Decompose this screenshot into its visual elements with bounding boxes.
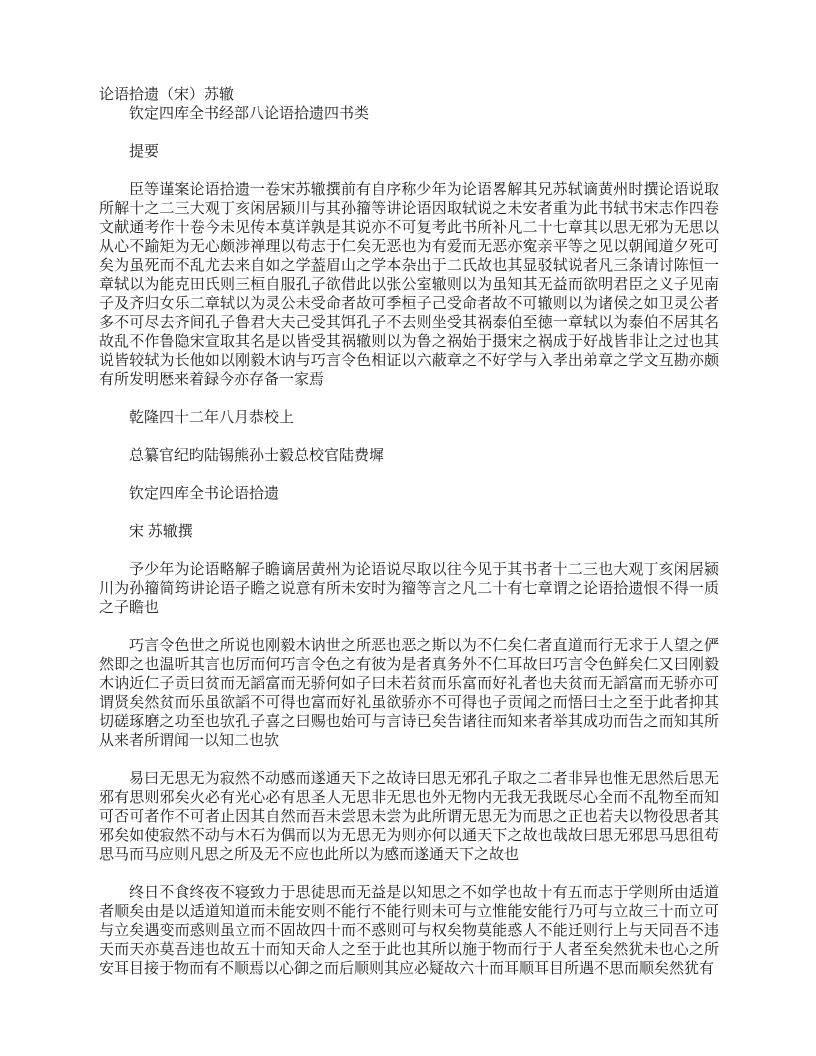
title-block: 论语拾遗（宋）苏辙 钦定四库全书经部八论语拾遗四书类 [99,86,719,124]
abstract-paragraph: 臣等谨案论语拾遗一卷宋苏辙撰前有自序称少年为论语畧解其兄苏轼谪黄州时撰论语说取所… [99,181,719,390]
editors-line: 总纂官纪昀陆锡熊孙士毅总校官陆费墀 [99,447,719,466]
document-title: 论语拾遗（宋）苏辙 [99,86,719,105]
document-page: 论语拾遗（宋）苏辙 钦定四库全书经部八论语拾遗四书类 提要 臣等谨案论语拾遗一卷… [0,0,816,1056]
author-line: 宋 苏辙撰 [99,523,719,542]
body-paragraph-yiyue: 易曰无思无为寂然不动感而遂通天下之故诗曰思无邪孔子取之二者非异也惟无思然后思无邪… [99,770,719,865]
body-paragraph-preface: 予少年为论语略解子瞻谪居黄州为论语说尽取以往今见于其书者十二三也大观丁亥闲居颍川… [99,561,719,618]
series-line: 钦定四库全书经部八论语拾遗四书类 [99,105,719,124]
colophon-date-line: 乾隆四十二年八月恭校上 [99,409,719,428]
book-heading: 钦定四库全书论语拾遗 [99,485,719,504]
body-paragraph-qiaoyan: 巧言令色世之所说也刚毅木讷世之所恶也恶之斯以为不仁矣仁者直道而行无求于人望之俨然… [99,637,719,751]
body-paragraph-zhongri: 终日不食终夜不寝致力于思徒思而无益是以知思之不如学也故十有五而志于学则所由适道者… [99,884,719,979]
section-heading-tiyao: 提要 [99,143,719,162]
